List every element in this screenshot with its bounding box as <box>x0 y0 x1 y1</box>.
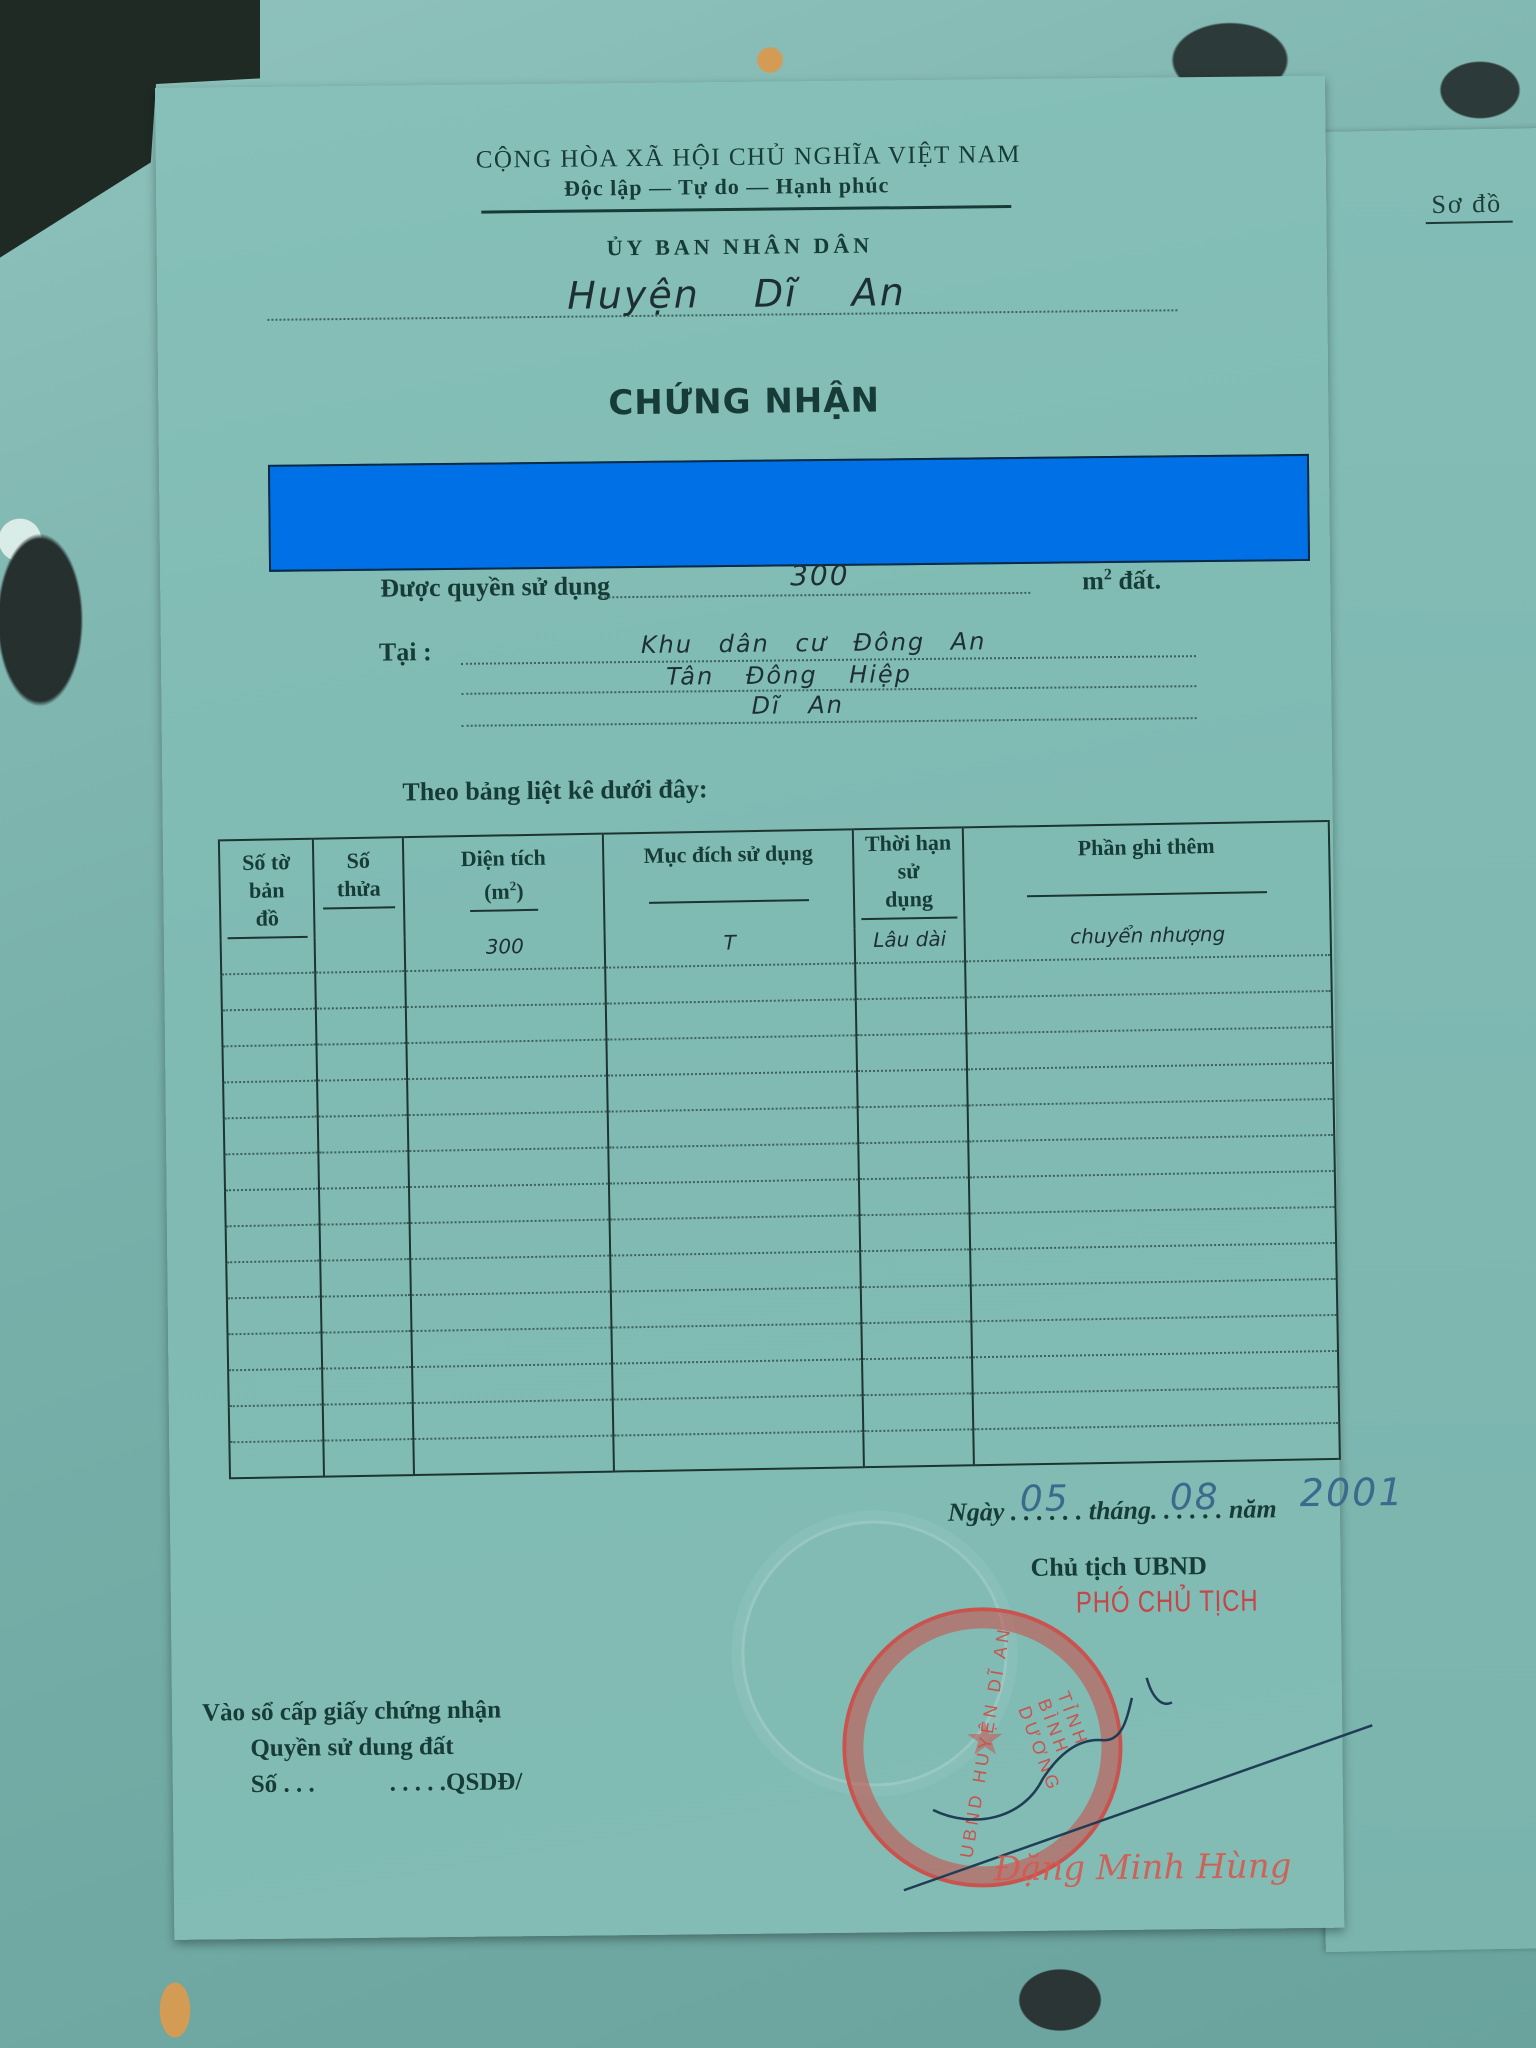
table-cell <box>221 973 316 1011</box>
table-cell <box>413 1436 614 1475</box>
national-motto: Độc lập — Tự do — Hạnh phúc <box>564 172 890 201</box>
column-header-purpose: Mục đích sử dụng​ <box>603 829 855 932</box>
table-cell <box>613 1431 864 1471</box>
table-cell <box>320 1223 411 1261</box>
table-cell <box>855 961 966 999</box>
table-cell <box>973 1423 1340 1465</box>
table-cell <box>224 1153 319 1191</box>
issuer-label: ỦY BAN NHÂN DÂN <box>607 232 874 261</box>
table-cell <box>320 1259 411 1297</box>
table-cell <box>408 1148 609 1187</box>
signer-name: Đặng Minh Hùng <box>993 1846 1291 1889</box>
certificate-title: CHỨNG NHẬN <box>608 380 880 423</box>
registry-number: Số . . . . . . . .QSDĐ/ <box>251 1768 523 1799</box>
table-cell <box>321 1295 412 1333</box>
table-cell: Lâu dài <box>855 926 966 963</box>
column-header-map-sheet: Số tờbản đồ <box>219 839 315 940</box>
table-cell <box>221 938 316 975</box>
area-value: 300 <box>790 559 850 593</box>
header-line: Diện tích <box>410 843 596 874</box>
table-cell <box>863 1429 974 1467</box>
table-cell <box>227 1297 322 1335</box>
table-cell <box>860 1213 971 1251</box>
column-header-parcel-number: Sốthửa <box>313 837 405 938</box>
table-cell <box>611 1323 862 1363</box>
address-line: Dĩ An <box>751 691 844 720</box>
table-header-row: Số tờbản đồ Sốthửa Diện tích(m2) Mục đíc… <box>219 821 1331 939</box>
table-cell <box>322 1367 413 1405</box>
table-cell <box>610 1251 861 1291</box>
registry-line: Vào sổ cấp giấy chứng nhận <box>202 1696 501 1727</box>
table-cell <box>406 1040 607 1079</box>
table-cell <box>861 1321 972 1359</box>
table-cell <box>858 1141 969 1179</box>
land-parcel-table: Số tờbản đồ Sốthửa Diện tích(m2) Mục đíc… <box>218 820 1341 1479</box>
header-line: bản đồ <box>227 876 308 939</box>
table-cell <box>323 1403 414 1441</box>
table-cell <box>605 963 856 1003</box>
table-cell <box>612 1359 863 1399</box>
header-unit: (m2) <box>470 872 538 912</box>
column-header-term: Thời hạnsử dụng <box>853 827 965 928</box>
table-cell <box>318 1115 409 1153</box>
national-title: CỘNG HÒA XÃ HỘI CHỦ NGHĨA VIỆT NAM <box>476 141 1021 175</box>
table-cell <box>224 1117 319 1155</box>
area-unit-sup: 2 <box>1104 566 1112 583</box>
table-cell <box>323 1439 414 1477</box>
signatory-title: Chủ tịch UBND <box>1030 1551 1207 1583</box>
table-cell <box>315 936 406 973</box>
header-line: sử dụng <box>860 856 957 920</box>
table-cell <box>412 1364 613 1403</box>
table-cell <box>229 1405 324 1443</box>
table-cell <box>856 1033 967 1071</box>
area-dotted-line <box>600 592 1030 599</box>
table-cell <box>226 1261 321 1299</box>
table-cell <box>226 1225 321 1263</box>
table-cell <box>861 1285 972 1323</box>
table-cell <box>225 1189 320 1227</box>
table-cell <box>611 1287 862 1327</box>
area-unit: m2 đất. <box>1082 565 1161 596</box>
table-cell <box>408 1112 609 1151</box>
table-cell <box>317 1079 408 1117</box>
column-header-area: Diện tích(m2) <box>403 834 605 936</box>
header-line: ) <box>516 878 524 903</box>
table-cell <box>609 1179 860 1219</box>
redaction-box <box>268 454 1310 572</box>
table-cell <box>606 1035 857 1075</box>
table-cell <box>228 1369 323 1407</box>
table-cell <box>316 1043 407 1081</box>
header-line: Mục đích sử dụng <box>610 838 846 870</box>
adjacent-page-heading: Sơ đồ <box>1425 189 1512 225</box>
date-day: 05 <box>1020 1479 1070 1521</box>
header-line: Thời hạn <box>860 829 956 859</box>
table-cell <box>319 1187 410 1225</box>
header-line: Số <box>320 846 396 875</box>
land-use-certificate: CỘNG HÒA XÃ HỘI CHỦ NGHĨA VIỆT NAM Độc l… <box>155 76 1344 1940</box>
table-cell <box>228 1333 323 1371</box>
table-cell <box>407 1076 608 1115</box>
table-cell <box>608 1107 859 1147</box>
table-cell <box>316 1007 407 1045</box>
table-cell <box>606 999 857 1039</box>
table-cell <box>608 1143 859 1183</box>
table-cell <box>863 1393 974 1431</box>
address-line: Tân Đông Hiệp <box>666 660 912 691</box>
header-rule <box>481 205 1011 214</box>
table-cell <box>858 1105 969 1143</box>
table-cell <box>321 1331 412 1369</box>
table-cell <box>411 1292 612 1331</box>
table-cell <box>406 1004 607 1043</box>
table-cell <box>409 1184 610 1223</box>
table-cell <box>410 1220 611 1259</box>
registry-line: Quyền sử dung đất <box>250 1733 454 1763</box>
table-cell <box>860 1249 971 1287</box>
table-cell <box>318 1151 409 1189</box>
column-header-notes: Phần ghi thêm​ <box>963 821 1331 926</box>
stamp-vice-chairman: PHÓ CHỦ TỊCH <box>1076 1585 1259 1621</box>
table-intro: Theo bảng liệt kê dưới đây: <box>402 774 708 807</box>
table-cell <box>607 1071 858 1111</box>
header-rule: ​ <box>1026 859 1267 897</box>
header-line: Số tờ <box>226 848 306 877</box>
table-cell <box>859 1177 970 1215</box>
table-cell: 300 <box>405 933 606 971</box>
table-cell <box>610 1215 861 1255</box>
table-cell <box>613 1395 864 1435</box>
area-label: Được quyền sử dụng <box>380 571 610 603</box>
table-cell <box>856 997 967 1035</box>
table-cell <box>857 1069 968 1107</box>
table-cell <box>223 1081 318 1119</box>
table-cell <box>413 1400 614 1439</box>
issuer-district: Huyện Dĩ An <box>567 270 906 318</box>
address-line: Khu dân cư Đông An <box>641 627 987 659</box>
date-month: 08 <box>1170 1477 1220 1519</box>
table-cell <box>222 1009 317 1047</box>
date-year: 2001 <box>1300 1470 1405 1515</box>
table-cell <box>222 1045 317 1083</box>
header-line: Phần ghi thêm <box>970 830 1322 864</box>
area-suffix: đất. <box>1112 565 1161 595</box>
date-line: Ngày . . . . . . tháng. . . . . . năm <box>948 1494 1277 1527</box>
table-cell <box>315 971 406 1009</box>
area-unit-text: m <box>1082 566 1104 595</box>
header-line: (m <box>484 879 510 904</box>
table-cell <box>411 1328 612 1367</box>
header-line: thửa <box>323 874 395 909</box>
table-cell <box>862 1357 973 1395</box>
location-label: Tại : <box>379 637 432 668</box>
table-cell: T <box>605 928 856 967</box>
table-cell <box>405 968 606 1007</box>
header-rule: ​ <box>648 867 809 904</box>
table-cell <box>410 1256 611 1295</box>
table-cell <box>229 1441 324 1479</box>
